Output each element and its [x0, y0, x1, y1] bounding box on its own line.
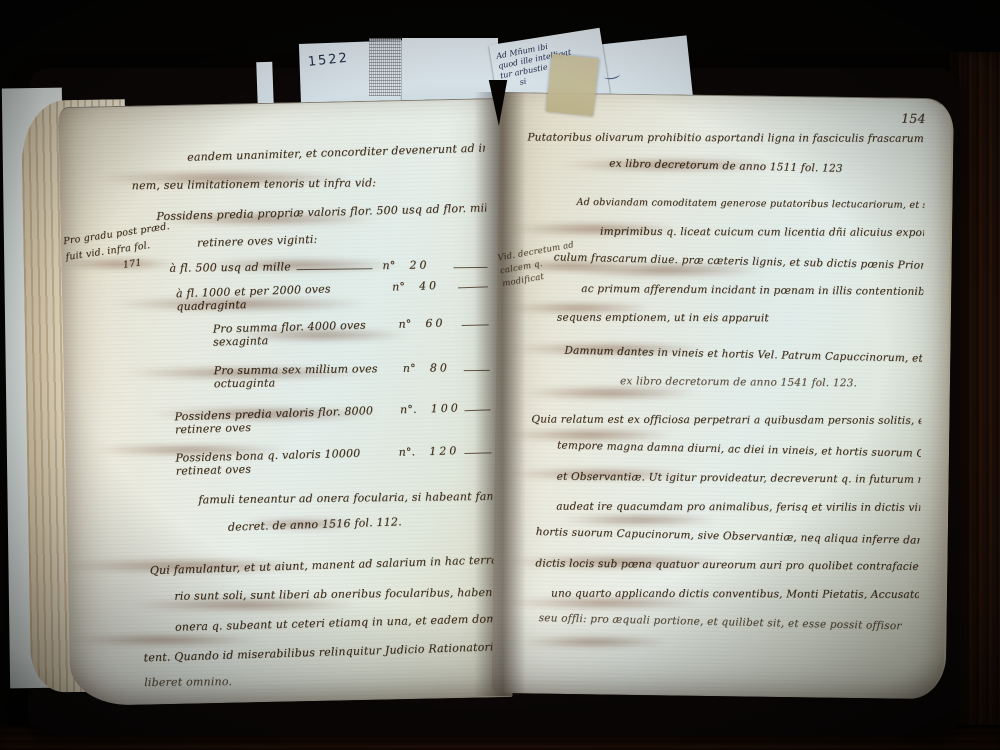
row-value: 100	[431, 401, 462, 415]
row-value: 80	[430, 361, 460, 374]
ink-stain	[60, 558, 320, 574]
text-line: Quia relatum est ex officiosa perpetrari…	[523, 413, 921, 426]
tape-piece	[546, 54, 599, 117]
ink-stain	[70, 634, 260, 646]
ink-stain	[560, 514, 720, 526]
text-line: liberet omnino.	[140, 672, 496, 689]
ink-stain	[58, 258, 178, 270]
ink-stain	[240, 518, 360, 530]
text-line: famuli teneantur ad onera focularia, si …	[136, 490, 492, 507]
text-line: audeat ire quacumdam pro animalibus, fer…	[522, 500, 920, 513]
ink-stain	[505, 428, 675, 442]
row-value: 40	[419, 278, 454, 292]
ink-stain	[110, 296, 370, 312]
ink-stain	[510, 342, 710, 356]
text-line: ac primum afferendum incidant in pœnam i…	[525, 282, 923, 297]
heading-line: Putatoribus olivarum prohibitio asportan…	[527, 131, 925, 144]
ink-stain	[200, 258, 400, 272]
left-page: Pro gradu post præd. fuit vid. infra fol…	[58, 98, 512, 706]
row-value: 120	[429, 444, 461, 458]
text-line: seu offli: pro æquali portione, et quili…	[521, 612, 919, 633]
ink-stain	[230, 328, 410, 342]
row-value: 20	[409, 258, 449, 271]
row-unit: n°	[392, 280, 405, 293]
ink-stain	[520, 386, 700, 400]
ink-stain	[565, 262, 765, 278]
row-unit: n°	[398, 317, 411, 330]
ink-stain	[150, 406, 380, 422]
text-line: Ad obviandam comoditatem generose putato…	[526, 196, 924, 210]
ink-stain	[510, 222, 680, 236]
ink-stain	[505, 554, 735, 570]
text-line: onera q. subeant ut ceteri etiamq in una…	[139, 612, 495, 634]
ink-stain	[560, 158, 780, 172]
ink-stain	[120, 366, 370, 380]
row-unit: n°.	[398, 445, 415, 458]
row-unit: n°	[403, 362, 416, 375]
text-line: hortis suorum Capucinorum, sive Observan…	[522, 526, 920, 547]
paper-tab-small	[256, 62, 274, 107]
ink-stain	[150, 212, 380, 226]
text-line: eandem unanimiter, et concorditer devene…	[129, 141, 485, 165]
row-value: 60	[425, 316, 457, 330]
ink-stain	[95, 170, 355, 186]
ink-stain	[90, 444, 290, 456]
ink-stain	[505, 596, 705, 610]
left-page-text: Pro gradu post præd. fuit vid. infra fol…	[58, 99, 512, 706]
ink-stain	[130, 598, 360, 612]
manuscript-photo: 1522 Ad Mñum ibi quod ille intelligat tu…	[0, 0, 1000, 750]
paper-tab-printed	[369, 38, 401, 96]
ink-stain	[505, 302, 655, 314]
ink-stain	[505, 468, 695, 480]
ink-stain	[520, 636, 670, 648]
row-unit: n°.	[400, 403, 417, 417]
